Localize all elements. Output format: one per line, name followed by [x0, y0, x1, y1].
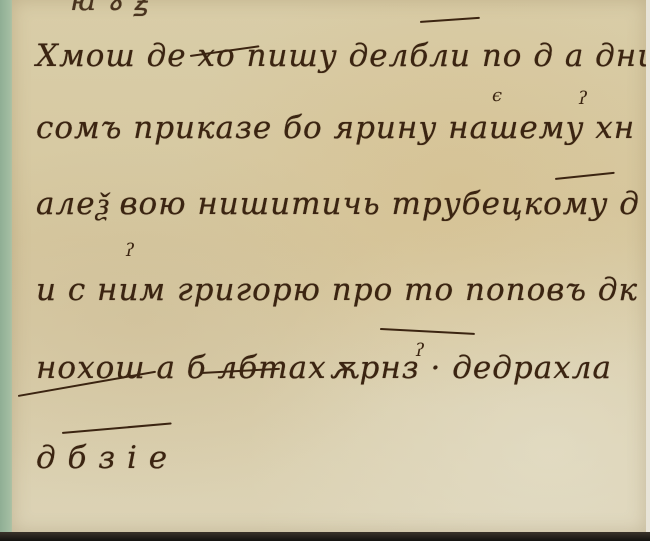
- manuscript-line-1: Хмош де хо пишу делбли по д а дни вы: [36, 38, 650, 74]
- bottom-shadow: [0, 532, 650, 541]
- superscript-mark: ʔ: [125, 240, 135, 261]
- manuscript-line-4: и с ним григорю про то поповъ дк са: [36, 272, 650, 308]
- superscript-mark: є: [492, 85, 502, 106]
- signature: ѫрнз · дедрахла: [330, 350, 612, 386]
- manuscript-line-3: алеѯ вою нишитичь трубецкому д а а: [36, 186, 650, 222]
- partial-top-line: ꙗ ꙋ ꙃ: [70, 0, 149, 19]
- right-paper-edge: [646, 0, 650, 541]
- superscript-mark: ʔ: [415, 340, 425, 361]
- manuscript-line-5: нохош а б лбтах: [36, 350, 327, 386]
- manuscript-line-2: сомъ приказе бо ярину нашему хн ю: [36, 110, 650, 146]
- manuscript-line-6-date: д б з і е: [36, 440, 168, 476]
- superscript-mark: ʔ: [578, 88, 588, 109]
